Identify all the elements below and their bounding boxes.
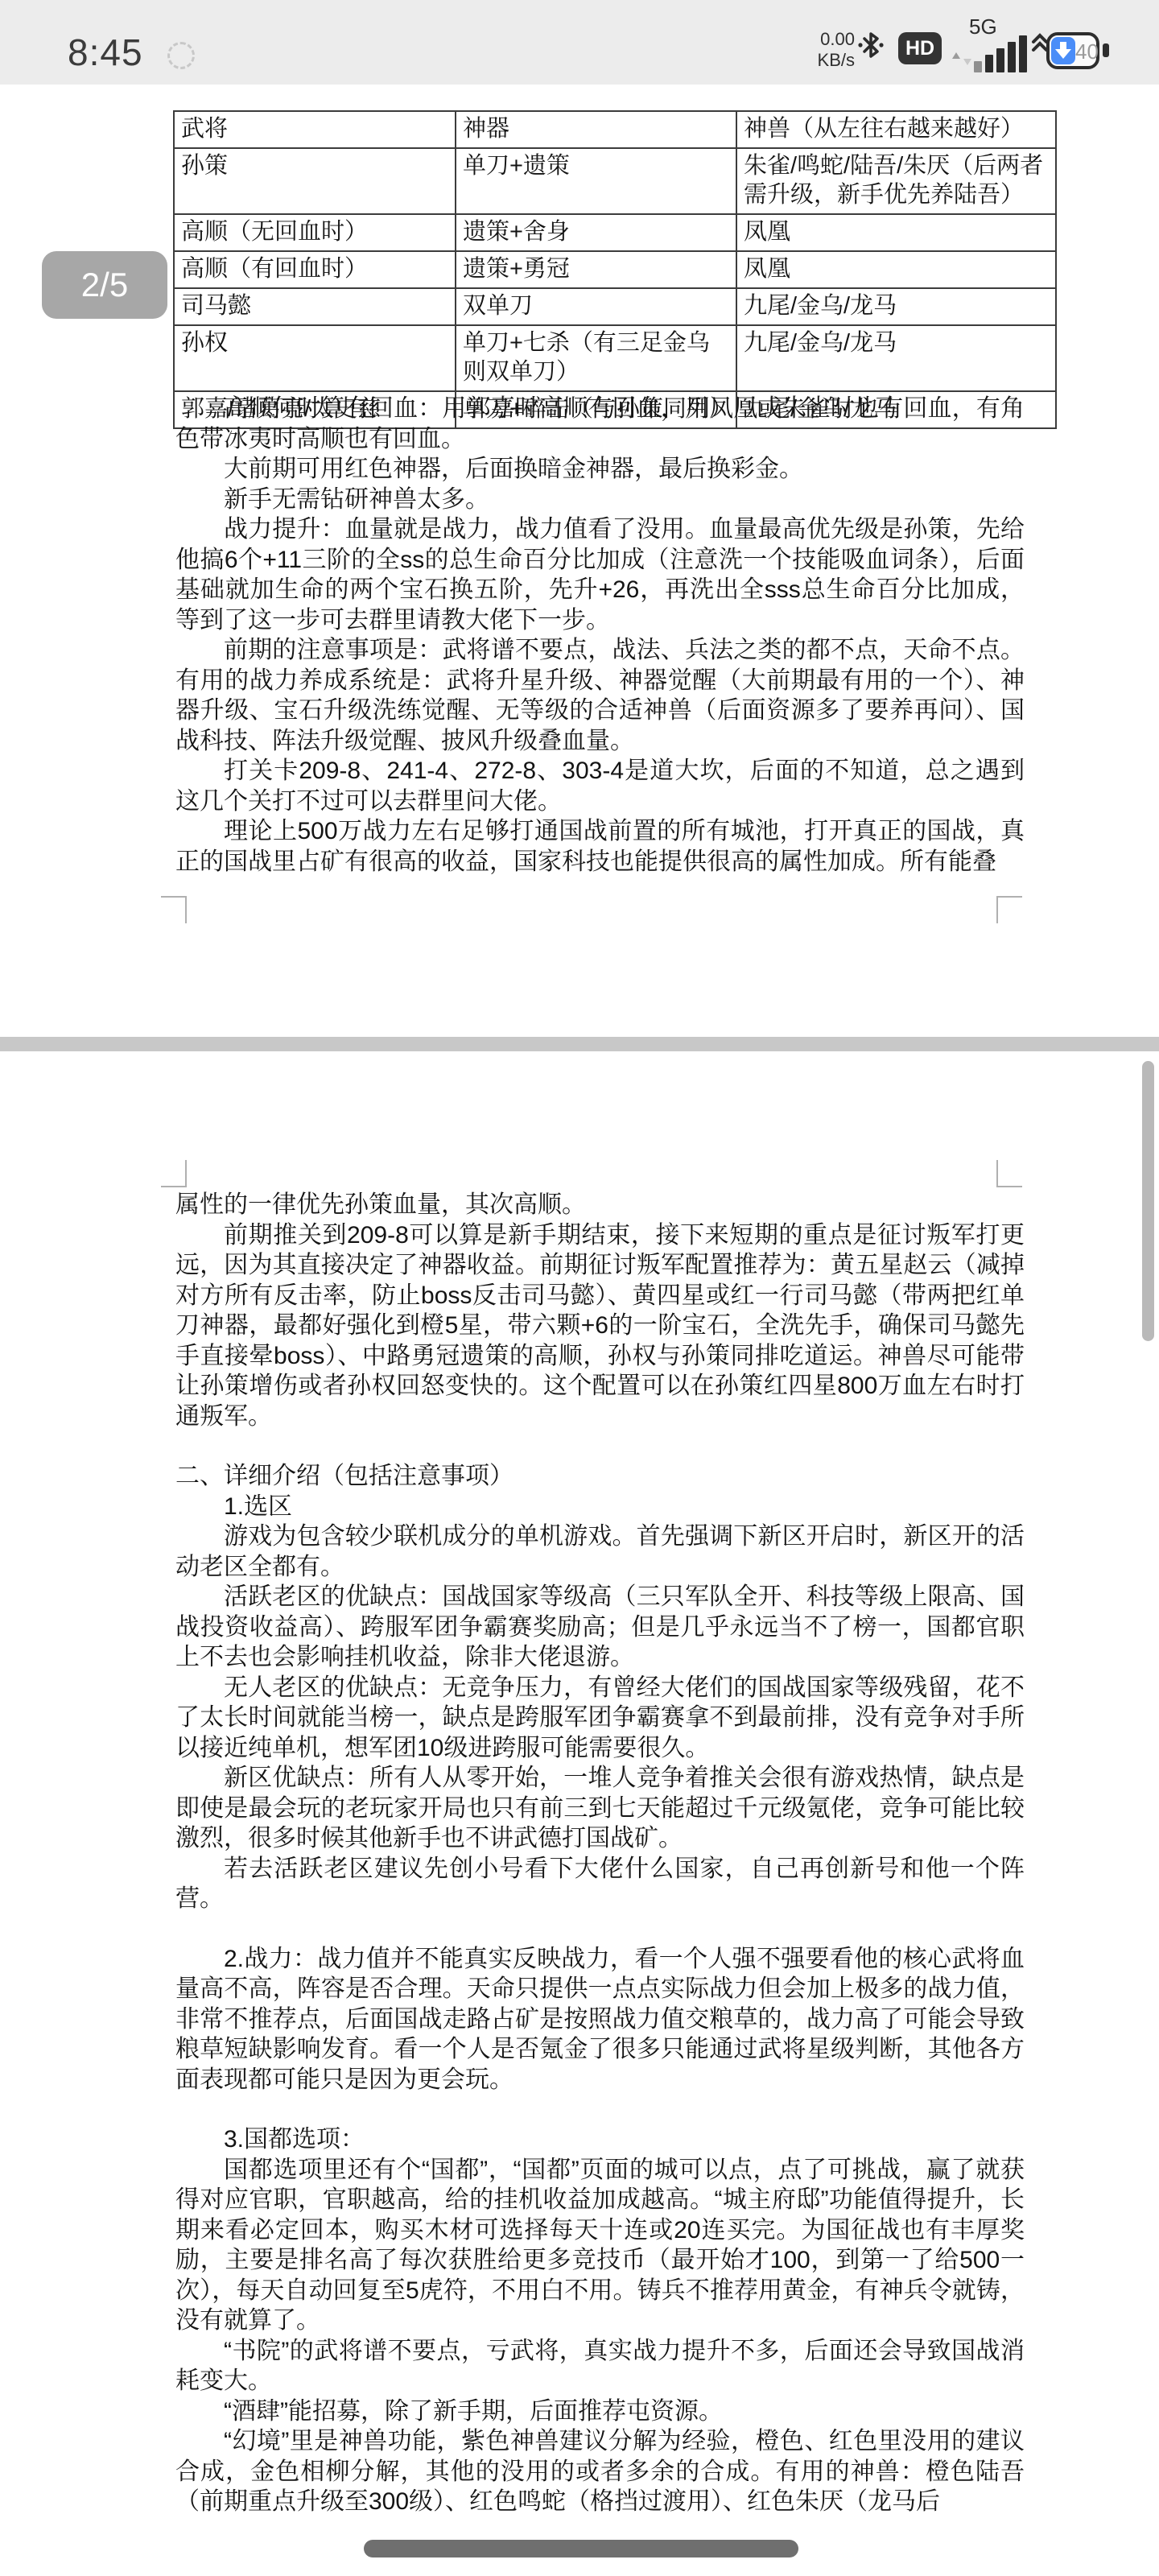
charging-chevron-icon	[1033, 35, 1046, 42]
paragraph: “书院”的武将谱不要点，亏武将，真实战力提升不多，后面还会导致国战消耗变大。	[175, 2336, 1025, 2396]
network-speed-indicator: 0.00 KB/s	[803, 29, 855, 71]
subsection-heading: 3.国都选项：	[175, 2124, 1025, 2155]
hd-volte-icon: HD	[898, 32, 942, 64]
table-row: 司马懿 双单刀 九尾/金乌/龙马	[174, 288, 1056, 325]
paragraph: “幻境”里是神兽功能，紫色神兽建议分解为经验，橙色、红色里没用的建议合成，金色相…	[175, 2426, 1025, 2517]
table-cell: 高顺（无回血时）	[174, 214, 456, 251]
document-body-text: 高顺何时算有回血：用郭嘉时高顺有回血，用凤凰或朱雀时也有回血，有角色带冰夷时高顺…	[175, 394, 1025, 877]
table-header-cell: 武将	[174, 111, 456, 148]
home-indicator[interactable]	[364, 2540, 798, 2557]
paragraph: 打关卡209-8、241-4、272-8、303-4是道大坎，后面的不知道，总之…	[175, 756, 1025, 816]
paragraph: 战力提升：血量就是战力，战力值看了没用。血量最高优先级是孙策，先给他搞6个+11…	[175, 514, 1025, 635]
page-indicator-label: 2/5	[81, 266, 128, 304]
table-header-cell: 神器	[456, 111, 736, 148]
paragraph: 理论上500万战力左右足够打通国战前置的所有城池，打开真正的国战，真正的国战里占…	[175, 816, 1025, 877]
hd-label: HD	[905, 37, 934, 60]
table-cell: 孙策	[174, 148, 456, 214]
paragraph: 2.战力：战力值并不能真实反映战力，看一个人强不强要看他的核心武将血量高不高，阵…	[175, 1944, 1025, 2095]
document-body-text: 属性的一律优先孙策血量，其次高顺。 前期推关到209-8可以算是新手期结束，接下…	[175, 1190, 1025, 2517]
paragraph: 游戏为包含较少联机成分的单机游戏。首先强调下新区开启时，新区开的活动老区全都有。	[175, 1521, 1025, 1582]
table-cell: 遗策+舍身	[456, 214, 736, 251]
paragraph: 高顺何时算有回血：用郭嘉时高顺有回血，用凤凰或朱雀时也有回血，有角色带冰夷时高顺…	[175, 394, 1025, 454]
table-cell: 单刀+遗策	[456, 148, 736, 214]
table-row: 高顺（无回血时） 遗策+舍身 凤凰	[174, 214, 1056, 251]
scrollbar-thumb[interactable]	[1142, 1061, 1154, 1341]
page-margin-mark-icon	[996, 1160, 1022, 1187]
network-speed-value: 0.00	[803, 29, 855, 50]
data-activity-arrows-icon	[951, 51, 972, 71]
table-cell: 九尾/金乌/龙马	[736, 325, 1056, 391]
table-row: 高顺（有回血时） 遗策+勇冠 凤凰	[174, 251, 1056, 288]
table-row: 孙权 单刀+七杀（有三足金乌则双单刀） 九尾/金乌/龙马	[174, 325, 1056, 391]
battery-icon: 40	[1029, 27, 1117, 78]
document-page-3[interactable]: 属性的一律优先孙策血量，其次高顺。 前期推关到209-8可以算是新手期结束，接下…	[0, 1051, 1159, 2576]
status-bar: 8:45 0.00 KB/s HD 5G	[0, 0, 1159, 85]
page-margin-mark-icon	[161, 896, 187, 923]
paragraph: 属性的一律优先孙策血量，其次高顺。	[175, 1190, 1025, 1220]
signal-bars-icon	[974, 35, 1027, 72]
subsection-heading: 1.选区	[175, 1492, 1025, 1522]
network-speed-unit: KB/s	[803, 50, 855, 71]
table-cell: 凤凰	[736, 251, 1056, 288]
document-page-2[interactable]: 武将 神器 神兽（从左往右越来越好） 孙策 单刀+遗策 朱雀/鸣蛇/陆吾/朱厌（…	[0, 85, 1159, 1037]
clock-time: 8:45	[68, 31, 143, 74]
table-cell: 孙权	[174, 325, 456, 391]
table-cell: 单刀+七杀（有三足金乌则双单刀）	[456, 325, 736, 391]
page-margin-mark-icon	[161, 1160, 187, 1187]
section-heading: 二、详细介绍（包括注意事项）	[175, 1461, 1025, 1492]
paragraph: 活跃老区的优缺点：国战国家等级高（三只军队全开、科技等级上限高、国战投资收益高）…	[175, 1582, 1025, 1673]
table-header-row: 武将 神器 神兽（从左往右越来越好）	[174, 111, 1056, 148]
table-row: 孙策 单刀+遗策 朱雀/鸣蛇/陆吾/朱厌（后两者需升级，新手优先养陆吾）	[174, 148, 1056, 214]
battery-percent-label: 40	[1075, 39, 1099, 64]
bluetooth-icon	[856, 26, 885, 68]
paragraph: 国都选项里还有个“国都”，“国都”页面的城可以点，点了可挑战，赢了就获得对应官职…	[175, 2155, 1025, 2336]
paragraph: 大前期可用红色神器，后面换暗金神器，最后换彩金。	[175, 454, 1025, 485]
focus-mode-icon	[167, 42, 195, 69]
paragraph: 无人老区的优缺点：无竞争压力，有曾经大佬们的国战国家等级残留，花不了太长时间就能…	[175, 1673, 1025, 1764]
paragraph: 新区优缺点：所有人从零开始，一堆人竞争着推关会很有游戏热情，缺点是即使是最会玩的…	[175, 1763, 1025, 1854]
hero-artifact-table: 武将 神器 神兽（从左往右越来越好） 孙策 单刀+遗策 朱雀/鸣蛇/陆吾/朱厌（…	[173, 110, 1057, 429]
paragraph: 新手无需钻研神兽太多。	[175, 485, 1025, 515]
paragraph: 若去活跃老区建议先创小号看下大佬什么国家，自己再创新号和他一个阵营。	[175, 1854, 1025, 1914]
table-cell: 司马懿	[174, 288, 456, 325]
table-cell: 高顺（有回血时）	[174, 251, 456, 288]
paragraph: 前期的注意事项是：武将谱不要点，战法、兵法之类的都不点，天命不点。有用的战力养成…	[175, 635, 1025, 756]
table-cell: 双单刀	[456, 288, 736, 325]
paragraph: 前期推关到209-8可以算是新手期结束，接下来短期的重点是征讨叛军打更远，因为其…	[175, 1220, 1025, 1432]
cellular-signal-indicator: 5G	[951, 14, 1030, 72]
table-header-cell: 神兽（从左往右越来越好）	[736, 111, 1056, 148]
table-cell: 九尾/金乌/龙马	[736, 288, 1056, 325]
table-cell: 凤凰	[736, 214, 1056, 251]
table-cell: 朱雀/鸣蛇/陆吾/朱厌（后两者需升级，新手优先养陆吾）	[736, 148, 1056, 214]
page-indicator-badge: 2/5	[42, 251, 167, 319]
table-cell: 遗策+勇冠	[456, 251, 736, 288]
page-margin-mark-icon	[996, 896, 1022, 923]
paragraph: “酒肆”能招募，除了新手期，后面推荐屯资源。	[175, 2396, 1025, 2427]
page-gap-separator	[0, 1037, 1159, 1051]
